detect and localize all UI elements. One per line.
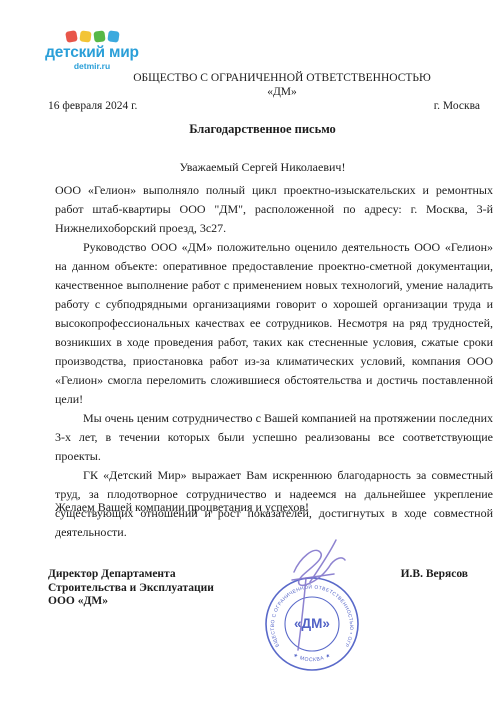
- date-row: 16 февраля 2024 г. г. Москва: [48, 100, 480, 112]
- logo-brand-text: детский мир: [42, 44, 142, 62]
- company-stamp: ОБЩЕСТВО С ОГРАНИЧЕННОЙ ОТВЕТСТВЕННОСТЬЮ…: [248, 538, 382, 694]
- letter-city: г. Москва: [434, 100, 480, 112]
- logo-square-red-icon: [65, 30, 78, 43]
- logo-square-blue-icon: [107, 30, 119, 42]
- stamp-center-text: «ДМ»: [294, 616, 330, 631]
- org-name-line: ОБЩЕСТВО С ОГРАНИЧЕННОЙ ОТВЕТСТВЕННОСТЬЮ: [64, 71, 500, 85]
- letter-body: ООО «Гелион» выполняло полный цикл проек…: [55, 181, 493, 542]
- paragraph-1: ООО «Гелион» выполняло полный цикл проек…: [55, 181, 493, 238]
- org-short-name: «ДМ»: [64, 85, 500, 99]
- svg-text:★ МОСКВА ★: ★ МОСКВА ★: [292, 652, 332, 663]
- greeting-line: Уважаемый Сергей Николаевич!: [55, 160, 470, 175]
- stamp-and-signature-icon: ОБЩЕСТВО С ОГРАНИЧЕННОЙ ОТВЕТСТВЕННОСТЬЮ…: [248, 538, 382, 694]
- detsky-mir-logo: детский мир detmir.ru: [42, 31, 142, 71]
- logo-square-yellow-icon: [79, 30, 91, 42]
- org-header: ОБЩЕСТВО С ОГРАНИЧЕННОЙ ОТВЕТСТВЕННОСТЬЮ…: [64, 71, 500, 99]
- signatory-position: Директор Департамента Строительства и Эк…: [48, 568, 214, 609]
- logo-site-text: detmir.ru: [42, 61, 142, 71]
- letter-page: детский мир detmir.ru ОБЩЕСТВО С ОГРАНИЧ…: [0, 0, 500, 705]
- stamp-bottom-text: ★ МОСКВА ★: [292, 652, 332, 663]
- letter-date: 16 февраля 2024 г.: [48, 100, 137, 112]
- logo-squares-icon: [42, 31, 142, 42]
- signatory-name: И.В. Верясов: [401, 568, 468, 580]
- letter-title: Благодарственное письмо: [55, 122, 470, 137]
- logo-square-green-icon: [93, 30, 105, 42]
- wish-line: Желаем Вашей компании процветания и успе…: [55, 500, 309, 515]
- signatory-position-line3: ООО «ДМ»: [48, 595, 214, 609]
- signatory-position-line1: Директор Департамента: [48, 568, 214, 582]
- signatory-position-line2: Строительства и Эксплуатации: [48, 582, 214, 596]
- paragraph-3: Мы очень ценим сотрудничество с Вашей ко…: [55, 409, 493, 466]
- paragraph-2: Руководство ООО «ДМ» положительно оценил…: [55, 238, 493, 409]
